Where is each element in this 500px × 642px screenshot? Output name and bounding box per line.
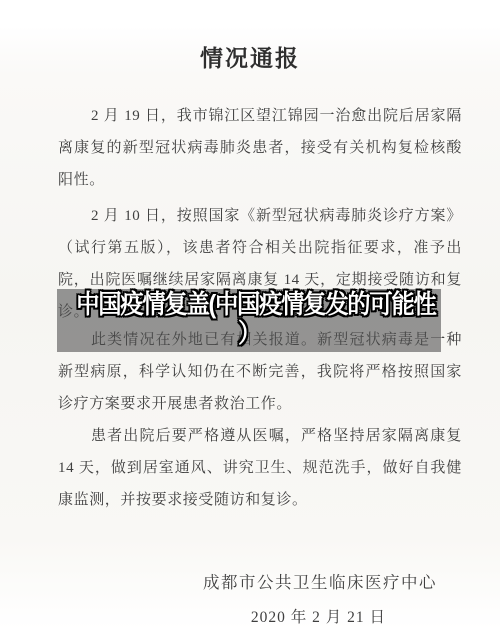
caption-line-2: ） bbox=[76, 319, 422, 348]
signature-date: 2020 年 2 月 21 日 bbox=[162, 608, 462, 628]
caption-text: 中国疫情复盖(中国疫情复发的可能性 ） bbox=[76, 289, 422, 348]
page: 情况通报 2 月 19 日，我市锦江区望江锦园一治愈出院后居家隔离康复的新型冠状… bbox=[0, 0, 500, 642]
notice-paragraph-4: 患者出院后要严格遵从医嘱，严格坚持居家隔离康复 14 天，做到居室通风、讲究卫生… bbox=[58, 420, 462, 516]
video-caption-overlay: 中国疫情复盖(中国疫情复发的可能性 ） bbox=[57, 289, 441, 352]
signature-organization: 成都市公共卫生临床医疗中心 bbox=[162, 572, 462, 594]
signature-block: 成都市公共卫生临床医疗中心 2020 年 2 月 21 日 bbox=[162, 572, 462, 628]
caption-line-1: 中国疫情复盖(中国疫情复发的可能性 bbox=[76, 290, 422, 319]
notice-title: 情况通报 bbox=[0, 40, 500, 73]
notice-paragraph-1: 2 月 19 日，我市锦江区望江锦园一治愈出院后居家隔离康复的新型冠状病毒肺炎患… bbox=[58, 100, 462, 196]
